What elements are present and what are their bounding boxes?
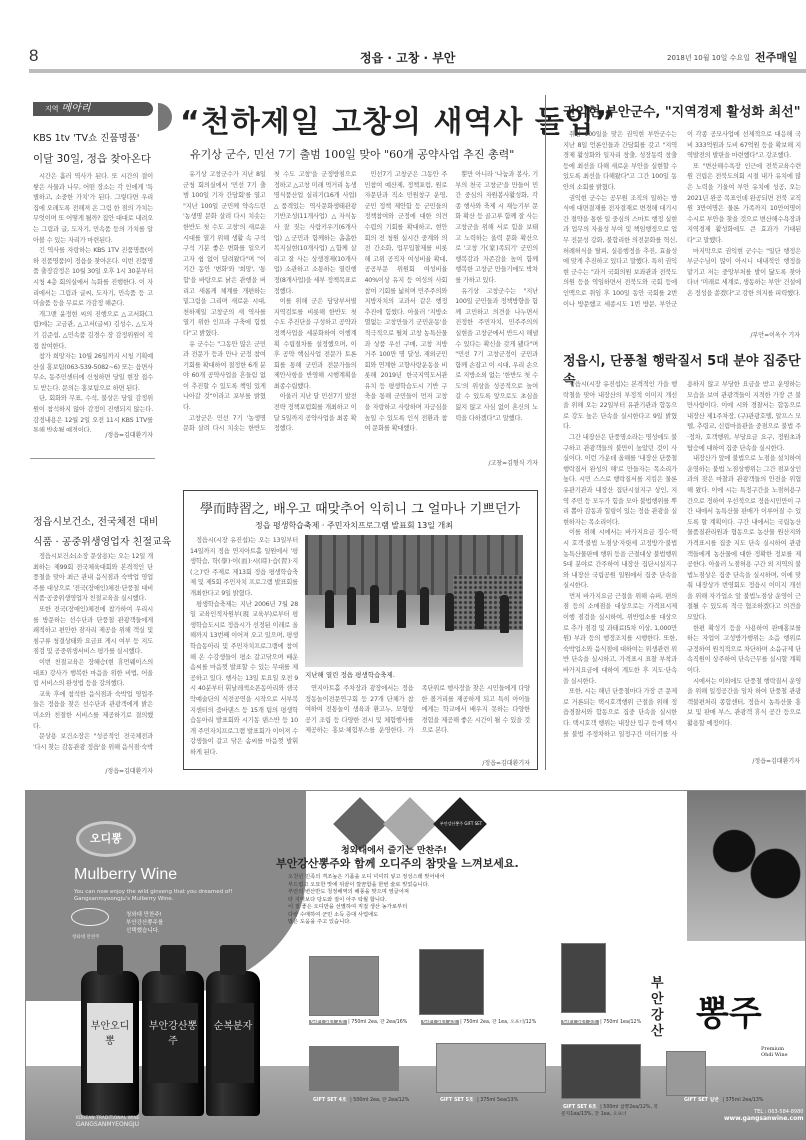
health-headline-1: 정읍시보건소, 전국체전 대비 [33,513,158,528]
jeongeup-byline: /정읍=김대환기자 [720,756,800,765]
ad-title: Mulberry Wine [74,866,177,884]
paragraph: 연지아트홀 주차장과 광장에서는 정읍정동놀이전문연구회 등 27개 단체가 참… [305,684,530,737]
paragraph: 문상용 보건소장은 "성공적인 전국체전과 '다시 찾는 감동관광 정읍'을 위… [33,732,153,752]
paragraph: 시간은 흘러 역사가 된다. 또 시간의 결이 쌓은 사물과 나무, 어떤 장소… [33,172,153,246]
paragraph: 먼저 바가지요금 근절을 위해 슈퍼, 편의점 등의 소매점을 대상으로는 가격… [563,592,677,687]
website-link[interactable]: www.gangsanwine.com [724,1115,803,1122]
kbs-byline: /정읍=김대환기자 [33,430,153,439]
health-article-body: 정읍시보건소(소장 문상용)는 오는 12일 개최하는 제99회 전국체육대회와… [33,552,153,752]
paragraph: 이를 위해 시에서는 바가지요금 징수·택시 호객·불법 노점상·자릿세 고정방… [563,528,677,592]
gift-set-box [309,956,379,1016]
ad-tagline: You can now enjoy the wild ginseng that … [74,889,254,903]
section-title: 정읍 · 고창 · 부안 [360,49,455,66]
paragraph: 유기상 고창군수가 지난 8일 군청 회의실에서 '민선 7기 출범 100일 … [183,170,266,340]
kbs-headline-1: KBS 1tv 'TV쇼 진품명품' [33,130,139,144]
brand-large: 뽕주 [696,986,762,1035]
festival-photo [305,535,523,667]
wine-bottle: 부안오디뽕 [81,971,139,1116]
buan-byline: /부안=이옥수 기자 [720,330,800,339]
paragraph: 단, 회화와 무표, 수석, 불상은 당일 감정위원이 참석하지 않아 감정이 … [33,394,153,432]
wine-bottle: 부안강산뽕주 [142,971,204,1116]
paragraph: 긴 역사를 자랑하는 KBS 1TV 진품명품(이하 진품명품)이 정읍을 찾아… [33,246,153,310]
paragraph: 내장산가 앞에 불법으로 노점을 설치하여 운영하는 불법 노점상행위는 그간 … [687,454,801,624]
paragraph: 취임 100일을 맞은 권익현 부안군수는 지난 8일 언론인들과 간담회를 갖… [563,130,677,194]
divider [30,458,155,459]
festival-body-col2: 연지아트홀 주차장과 광장에서는 정읍정동놀이전문연구회 등 27개 단체가 참… [305,684,530,766]
mulberry-photo [687,791,805,941]
paragraph: 한편 확성기 등을 사용하여 판매홍보를 하는 자업이 고성방가행위는 소음 행… [687,624,801,677]
festival-subtitle: 정읍 평생학습축제 · 주민자치프로그램 발표회 13일 개최 [255,520,453,531]
premium-label: Premium Ohdi Wine [761,1046,788,1058]
gochang-article-body: 유기상 고창군수가 지난 8일 군청 회의실에서 '민선 7기 출범 100일 … [183,170,538,460]
gift-set-label: GIFT SET 일반 | 375ml 2ea/13% [682,1096,763,1103]
wine-bottle: 순복분자 [206,971,260,1116]
gochang-headline: “천하제일 고창의 새역사 돌입” [180,97,616,141]
bluehouse-text: 청와대 만찬주! 부안강산뽕주를 선택했습니다. [126,911,163,935]
gift-set-box [419,949,484,1015]
headline-marker [158,103,172,131]
festival-title: 學而時習之, 배우고 때맞추어 익히니 그 얼마나 기쁘던가 [200,498,520,517]
jeongeup-article-body: 정읍시(시장 유진섭)는 본격적인 가을 행락철을 맞아 내장산의 부정적 이미… [563,380,801,750]
paragraph: 또한 전국(장애인)체전에 참가하여 우리시를 방문하는 선수단과 단풍철 관광… [33,605,153,658]
paragraph: 교육 후에 참석한 음식점과 숙박업 영업주들은 정읍을 찾은 선수단과 관광객… [33,690,153,732]
paragraph: 마지막으로 권익현 군수는 "일단 행정은 부군수님이 많이 아시니 대내적인 … [687,247,801,300]
page-number: 8 [29,46,38,66]
health-headline-2: 식품 · 공중위생영업자 친절교육 [33,533,171,548]
mulberry-wine-ad: 오디뽕 Mulberry Wine You can now enjoy the … [25,790,806,1140]
paragraph: 시에서는 이외에도 단풍철 행락질서 운영을 위해 일정공간을 임차 하여 단풍… [687,677,801,730]
gift-set-box [561,1044,641,1099]
paragraph: 유기상 고창군수는 "지난 100일 군민들과 정책방향을 함께 고민하고 의견… [455,287,538,425]
gift-set-label: GIFT SET 1호 | 750ml 2ea, 잔 2ea/16% [309,1018,407,1025]
paragraph: 또 "변산해수욕장 인근에 전북교육수련원 건립은 전북도의회 시절 내가 유치… [687,162,801,247]
ad-logo: 오디뽕 [76,821,136,857]
gift-set-label: GIFT SET 4호 | 500ml 2ea, 잔 2ea/12% [311,1096,409,1103]
buan-headline: 권익현 부안군수, "지역경제 활성화 최선" [563,101,801,120]
paragraph: 뿐만 아니라 '나눔과 봉사, 기부의 천국 고창군'을 만들어 민간 중심의 … [455,170,538,287]
gift-set-label: GIFT SET 2호 | 750ml 2ea, 잔 1ea, 오프너/12% [421,1018,536,1025]
giftset-badge-text: 부안강산뽕주 GIFT SET [431,821,491,827]
issue-date: 2018년 10월 10일 수요일 [667,53,750,63]
brand-vertical: 부안강산 [651,976,665,1040]
tag-prefix: 지역 [45,105,59,113]
paragraph: 평생학습축제는 지난 2006년 7월 28일 교육인적자원부(現 교육부)로부… [190,600,298,759]
gift-set-box [561,943,606,1013]
paragraph: 그간 내장산은 단풍명소라는 명성에도 불구하고 관광객들의 불만이 높았던 것… [563,433,677,528]
ad-body-text: 오천년 민족의 격조높은 기품을 오디 넉넉히 넣고 정성스레 빚어내어 부드럽… [288,874,445,927]
tag-label: 메아리 [62,103,91,114]
gochang-subheadline: 유기상 군수, 민선 7기 출범 100일 맞아 "60개 공약사업 추진 총력… [190,146,514,162]
paragraph: 이번 친절교육은 장혜승(현 휴먼웨이스의 대표) 강사가 행복한 마음을 위한… [33,658,153,690]
column-rule [545,95,546,770]
health-byline: /정읍=김대환기자 [33,766,153,775]
bluehouse-label: 청와대 만찬주 [72,934,100,940]
newspaper-name: 전주매일 [755,49,798,65]
festival-body-col1: 정읍시(시장 유진섭)는 오는 13일부터 14일까지 정읍 연지아트홀 일원에… [190,536,298,766]
brand-footer: KOREAN TRADITIONAL WINE GANGSANMYEONGJU [76,1116,140,1128]
festival-byline: /정읍=김대환기자 [450,758,530,767]
gift-set-label: GIFT SET 5호 | 375ml 5ea/13% [438,1096,518,1103]
paragraph: 유 군수는 "그동안 많은 군민과 전문가 등과 만나 군정 참여 기회를 확대… [183,340,266,414]
gift-set-box [309,1046,399,1091]
paragraph: 정읍시보건소(소장 문상용)는 오는 12일 개최하는 제99회 전국체육대회와… [33,552,153,605]
gift-set-box [436,1043,546,1093]
paragraph: 정읍시(시장 유진섭)는 본격적인 가을 행락철을 맞아 내장산의 부정적 이미… [563,380,677,433]
gochang-byline: /고창=김형식 기자 [460,458,538,467]
kbs-article-body: 시간은 흘러 역사가 된다. 또 시간의 결이 쌓은 사물과 나무, 어떤 장소… [33,172,153,432]
bluehouse-icon [71,908,109,926]
kbs-headline-2: 이달 30일, 정읍 찾아온다 [33,151,151,166]
gift-set-box [666,1051,706,1096]
photo-caption: 지난해 열린 정읍 평생학습축제. [305,670,395,679]
paragraph: 아울러 지난 달 민선7기 발전전략 정책포럼회를 개최하고 이달 5일까지 공… [274,392,357,434]
paragraph: 참가 희망자는 10월 26일까지 시청 기획예산실 홍보팀(063-539-5… [33,352,153,394]
contact-info: TEL : 063-584-8980 www.gangsanwine.com [724,1109,803,1122]
header-rule [29,69,806,73]
paragraph: 정읍시(시장 유진섭)는 오는 13일부터 14일까지 정읍 연지아트홀 일원에… [190,536,298,600]
paragraph: 개그맨 윤정현 씨의 진행으로 △고서화(그림)에는 고금관, △고서(글씨) … [33,310,153,352]
buan-article-body: 취임 100일을 맞은 권익현 부안군수는 지난 8일 언론인들과 간담회를 갖… [563,130,801,330]
ad-headline-2: 부안강산뽕주와 함께 오디주의 참맛을 느껴보세요. [276,855,519,871]
gift-set-label: GIFT SET 6호 | 500ml 참뽕2ea/12%, 복분자1ea/13… [561,1103,661,1117]
gift-set-label: GIFT SET 3호 | 750ml 1ea/12% [561,1018,641,1025]
paragraph: 이를 위해 군은 담당부서별 지역검토를 비롯해 한반도 첫 수도 추진단을 구… [274,297,357,392]
paragraph: 민선7기 고창군은 그동안 주민참여 예산제, 정책포럼, 원로자문단과 직소 … [365,170,448,435]
local-echo-tag: 지역메아리 [33,102,153,116]
